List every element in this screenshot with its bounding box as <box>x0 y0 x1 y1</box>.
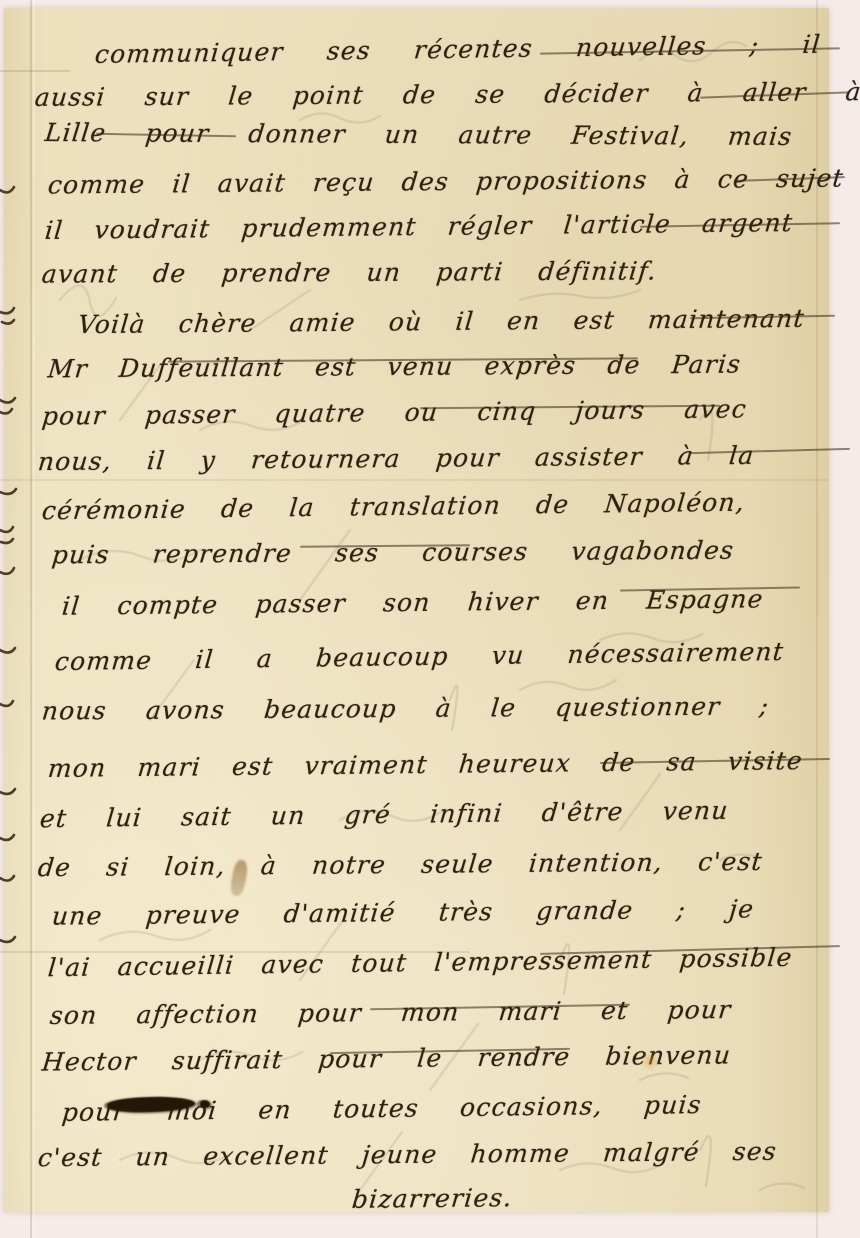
scanned-letter-page: { "colors": { "scan_background": "#f6ebe… <box>0 0 860 1238</box>
letter-line: nous avons beaucoup à le questionner ; <box>41 691 771 725</box>
vertical-fold-crease-left-highlight <box>33 0 35 1238</box>
vertical-fold-crease-left <box>30 0 32 1238</box>
letter-line: avant de prendre un parti définitif. <box>41 256 659 288</box>
horizontal-fold-crease-upper <box>0 70 70 72</box>
amber-stain <box>640 1052 660 1070</box>
horizontal-fold-crease-middle <box>0 479 828 481</box>
letter-line: son affection pour mon mari et pour <box>49 995 733 1030</box>
letter-line: Mr Duffeuillant est venu exprès de Paris <box>47 350 743 384</box>
letter-line: puis reprendre ses courses vagabondes <box>51 536 736 570</box>
letter-line: bizarreries. <box>351 1183 514 1214</box>
ink-blot-droplet <box>200 1100 210 1108</box>
